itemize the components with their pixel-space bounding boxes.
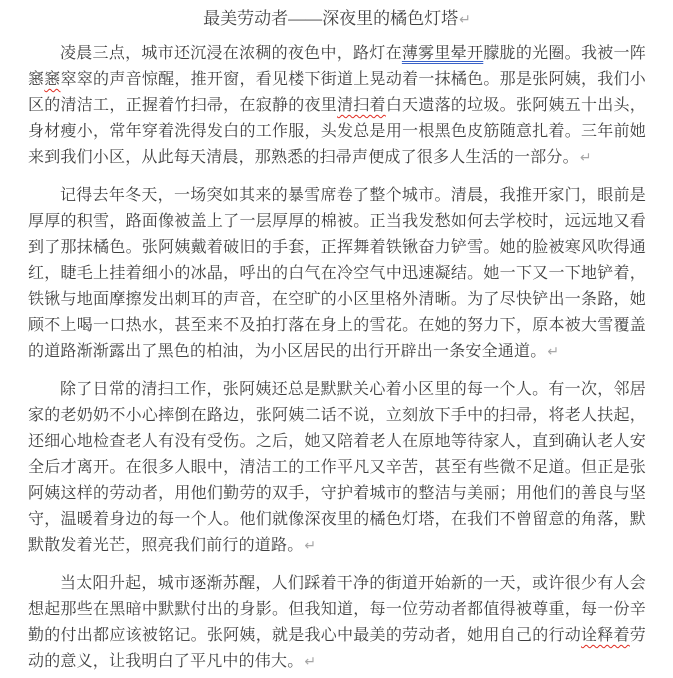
- document-title: 最美劳动者——深夜里的橘色灯塔: [203, 9, 458, 28]
- paragraph-mark-icon: ↵: [303, 654, 316, 670]
- paragraph: 当太阳升起，城市逐渐苏醒，人们踩着干净的街道开始新的一天，或许很少有人会想起那些…: [28, 571, 646, 675]
- document-body: 凌晨三点，城市还沉浸在浓稠的夜色中，路灯在薄雾里晕开朦胧的光圈。我被一阵窸窸窣窣…: [28, 41, 646, 675]
- text-run: 凌晨三点，城市还沉浸在浓稠的夜色中，路灯在: [60, 45, 402, 62]
- paragraph: 除了日常的清扫工作，张阿姨还总是默默关心着小区里的每一个人。有一次，邻居家的老奶…: [28, 377, 646, 559]
- paragraph: 凌晨三点，城市还沉浸在浓稠的夜色中，路灯在薄雾里晕开朦胧的光圈。我被一阵窸窸窣窣…: [28, 41, 646, 171]
- title-line: 最美劳动者——深夜里的橘色灯塔↵: [28, 6, 646, 33]
- paragraph-mark-icon: ↵: [303, 538, 316, 554]
- spellcheck-flagged-text: 诠释着: [581, 627, 630, 644]
- document-page: 最美劳动者——深夜里的橘色灯塔↵ 凌晨三点，城市还沉浸在浓稠的夜色中，路灯在薄雾…: [0, 0, 673, 678]
- paragraph-mark-icon: ↵: [458, 12, 471, 28]
- grammar-flagged-text: 薄雾里晕开: [402, 45, 483, 62]
- spellcheck-flagged-text: 清扫着: [337, 97, 386, 114]
- paragraph-mark-icon: ↵: [579, 150, 592, 166]
- paragraph: 记得去年冬天，一场突如其来的暴雪席卷了整个城市。清晨，我推开家门，眼前是厚厚的积…: [28, 183, 646, 365]
- paragraph-mark-icon: ↵: [546, 344, 559, 360]
- text-run: 除了日常的清扫工作，张阿姨还总是默默关心着小区里的每一个人。有一次，邻居家的老奶…: [28, 381, 646, 554]
- text-run: 当太阳升起，城市逐渐苏醒，人们踩着干净的街道开始新的一天，或许很少有人会想起那些…: [28, 575, 646, 644]
- spellcheck-flagged-text: 窸: [44, 71, 60, 88]
- text-run: 记得去年冬天，一场突如其来的暴雪席卷了整个城市。清晨，我推开家门，眼前是厚厚的积…: [28, 187, 646, 360]
